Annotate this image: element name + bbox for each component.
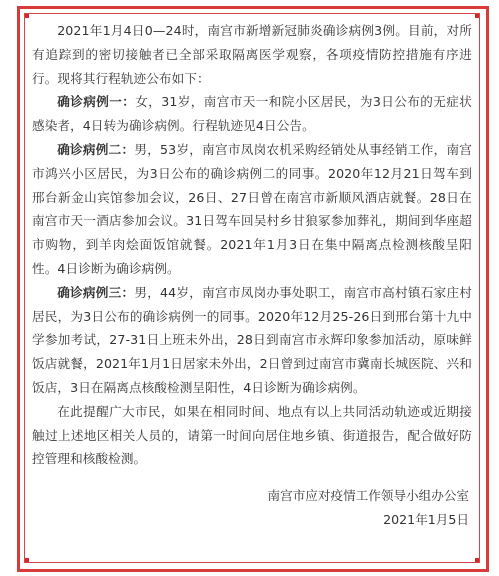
case-3-label: 确诊病例三： — [57, 285, 134, 300]
corner-decoration-top-left — [25, 14, 29, 18]
case-2-paragraph: 确诊病例二：男，53岁，南宫市凤岗农机采购经销处从事经销工作，南宫市鸿兴小区居民… — [32, 138, 472, 281]
corner-decoration-top-right — [475, 14, 479, 18]
case-2-text: 男，53岁，南宫市凤岗农机采购经销处从事经销工作，南宫市鸿兴小区居民，为3日公布… — [32, 142, 472, 276]
signature-block: 南宫市应对疫情工作领导小组办公室 2021年1月5日 — [268, 484, 470, 532]
issue-date: 2021年1月5日 — [268, 508, 470, 532]
corner-decoration-bottom-right — [475, 558, 479, 562]
case-2-label: 确诊病例二： — [57, 142, 134, 157]
case-3-paragraph: 确诊病例三：男，44岁，南宫市凤岗办事处职工，南宫市高村镇石家庄村居民，为3日公… — [32, 281, 472, 400]
case-1-label: 确诊病例一： — [57, 94, 135, 109]
issuing-organization: 南宫市应对疫情工作领导小组办公室 — [268, 484, 470, 508]
case-1-paragraph: 确诊病例一：女，31岁，南宫市天一和院小区居民，为3日公布的无症状感染者，4日转… — [32, 90, 472, 138]
reminder-paragraph: 在此提醒广大市民，如果在相同时间、地点有以上共同活动轨迹或近期接触过上述地区相关… — [32, 400, 472, 471]
case-3-text: 男，44岁，南宫市凤岗办事处职工，南宫市高村镇石家庄村居民，为3日公布的确诊病例… — [32, 285, 472, 395]
intro-paragraph: 2021年1月4日0—24时，南宫市新增新冠肺炎确诊病例3例。目前，对所有追踪到… — [32, 19, 472, 90]
notice-body: 2021年1月4日0—24时，南宫市新增新冠肺炎确诊病例3例。目前，对所有追踪到… — [32, 19, 472, 471]
corner-decoration-bottom-left — [25, 558, 29, 562]
